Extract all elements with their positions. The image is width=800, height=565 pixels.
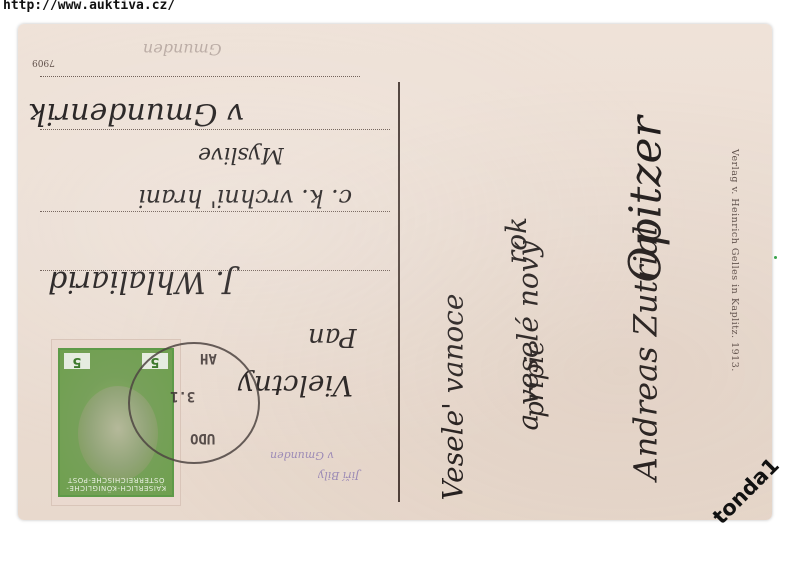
message-line-4: pripie <box>520 340 550 418</box>
address-line <box>40 76 360 77</box>
pencil-note-2: Jiří Bily <box>318 469 360 482</box>
postmark-top: AH <box>200 350 217 366</box>
postmark-bottom: UDO <box>190 430 215 446</box>
source-url[interactable]: http://www.auktiva.cz/ <box>3 0 175 13</box>
postmark: AH 3.1 UDO <box>128 342 260 464</box>
card-divider <box>398 82 400 502</box>
message-line-3: rok <box>500 217 533 264</box>
address-line-2: Myslive <box>198 142 284 167</box>
address-line-1: v Gmundenrik <box>28 96 244 131</box>
stamp-value-left: 5 <box>64 353 90 369</box>
address-line-3: c. k. vrchni' hrani <box>138 184 352 212</box>
serial-number: 7909 <box>32 57 55 67</box>
message-line-6: Opitzer <box>621 116 672 282</box>
green-dot <box>774 256 777 259</box>
address-line-5: Pan <box>308 322 357 352</box>
pencil-note-1: v Gmunden <box>270 449 334 462</box>
publisher-imprint: Verlag v. Heinrich Gelles in Kaplitz. 19… <box>729 149 740 449</box>
address-line-4: J. Whlaliarid <box>48 264 235 299</box>
message-line-1: Vesele' vanoce <box>437 241 470 501</box>
top-faint-note: Gmunden <box>143 40 222 59</box>
postmark-date: 3.1 <box>170 388 195 404</box>
